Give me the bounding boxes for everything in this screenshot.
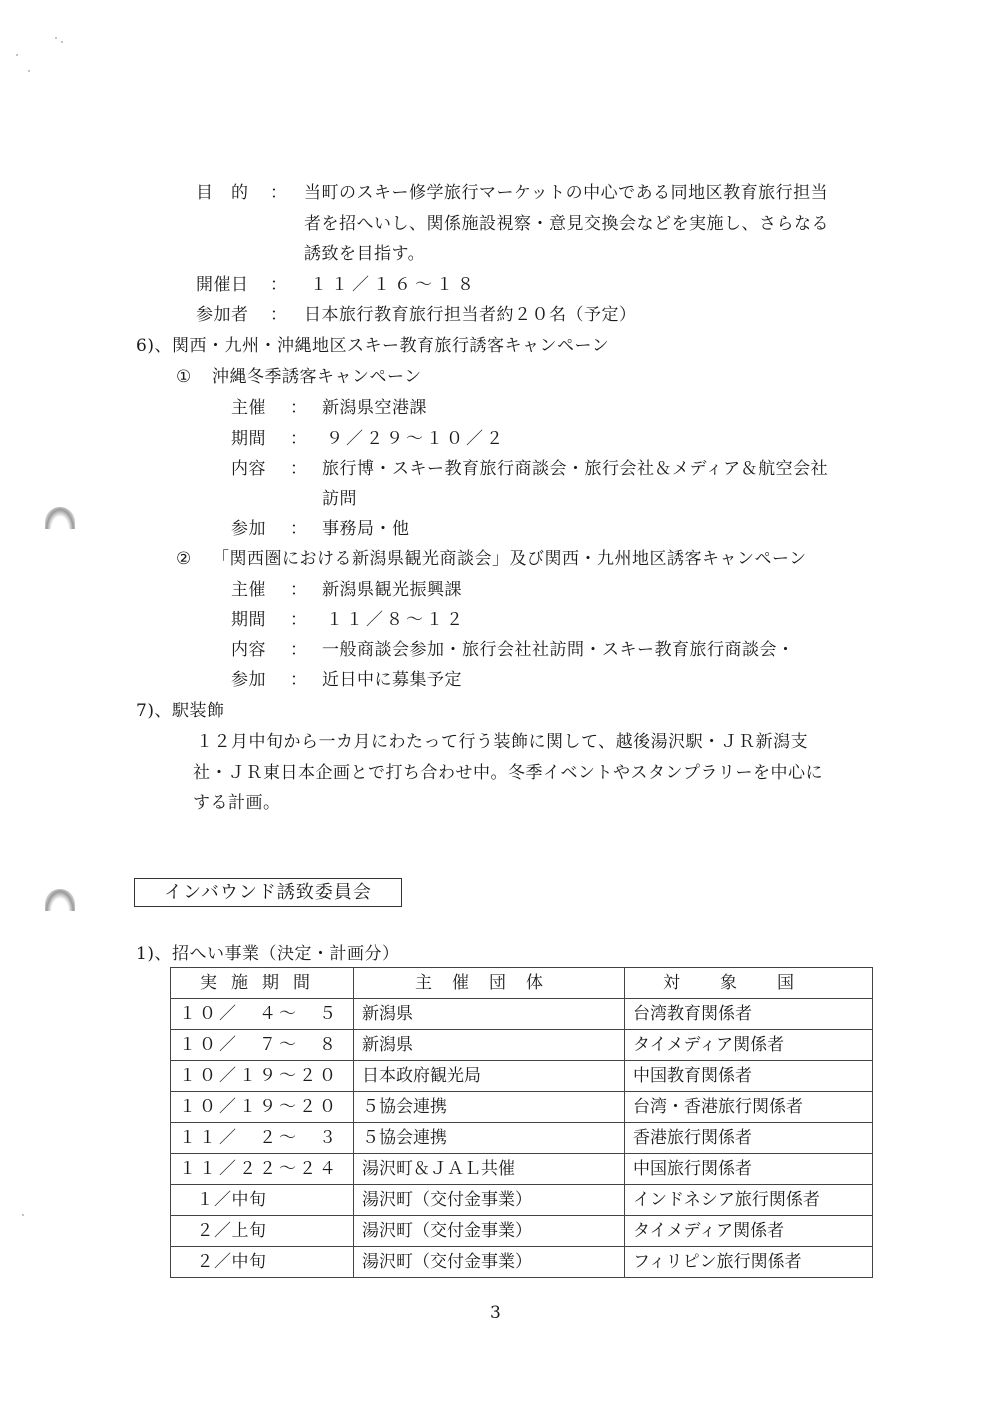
participants-colon: ：	[270, 304, 288, 326]
cell-period: １０／１９～２０	[171, 1092, 354, 1123]
item1-title: 沖縄冬季誘客キャンペーン	[212, 366, 422, 388]
cell-target: 中国旅行関係者	[625, 1154, 873, 1185]
table-row: １１／２２～２４ 湯沢町＆ＪＡＬ共催 中国旅行関係者	[171, 1154, 873, 1185]
table-row: １０／１９～２０ 日本政府観光局 中国教育関係者	[171, 1061, 873, 1092]
cell-target: 中国教育関係者	[625, 1061, 873, 1092]
scan-speck	[16, 54, 18, 56]
punch-hole-icon	[45, 507, 75, 529]
table-row: １／中旬 湯沢町（交付金事業） インドネシア旅行関係者	[171, 1185, 873, 1216]
cell-target: タイメディア関係者	[625, 1216, 873, 1247]
cell-organizer: 湯沢町（交付金事業）	[354, 1247, 625, 1278]
item2-participation-label: 参加	[231, 669, 266, 691]
cell-organizer: ５協会連携	[354, 1123, 625, 1154]
item1-participation-label: 参加	[231, 518, 266, 540]
item1-content-value: 旅行博・スキー教育旅行商談会・旅行会社＆メディア＆航空会社	[322, 458, 828, 480]
header-period: 実施期間	[171, 968, 354, 999]
item2-organizer-label: 主催	[231, 579, 266, 601]
cell-target: 台湾教育関係者	[625, 999, 873, 1030]
date-label: 開催日	[196, 274, 249, 296]
participants-label: 参加者	[196, 304, 249, 326]
item1-content-value-cont: 訪問	[322, 488, 357, 510]
section7-body-line-1: １２月中旬から一カ月にわたって行う装飾に関して、越後湯沢駅・ＪＲ新潟支	[196, 731, 808, 753]
cell-period: １０／１９～２０	[171, 1061, 354, 1092]
cell-period: １／中旬	[171, 1185, 354, 1216]
purpose-label: 目 的	[196, 182, 249, 204]
item1-organizer-value: 新潟県空港課	[322, 397, 427, 419]
item1-period-value: ９／２９～１０／２	[326, 428, 506, 450]
cell-organizer: 湯沢町（交付金事業）	[354, 1216, 625, 1247]
section7-body-line-2: 社・ＪＲ東日本企画とで打ち合わせ中。冬季イベントやスタンプラリーを中心に	[193, 762, 823, 784]
cell-period: １０／ ４～ ５	[171, 999, 354, 1030]
date-colon: ：	[270, 274, 288, 296]
section7-heading: 7)、駅装飾	[136, 700, 224, 722]
scan-speck	[61, 41, 63, 43]
cell-period: １１／２２～２４	[171, 1154, 354, 1185]
cell-period: ２／上旬	[171, 1216, 354, 1247]
cell-organizer: ５協会連携	[354, 1092, 625, 1123]
item2-period-label: 期間	[231, 609, 266, 631]
table-row: １１／ ２～ ３ ５協会連携 香港旅行関係者	[171, 1123, 873, 1154]
item2-marker: ②	[176, 548, 192, 570]
table-row: ２／上旬 湯沢町（交付金事業） タイメディア関係者	[171, 1216, 873, 1247]
table-row: １０／１９～２０ ５協会連携 台湾・香港旅行関係者	[171, 1092, 873, 1123]
item2-content-label: 内容	[231, 639, 266, 661]
item2-period-value: １１／８～１２	[326, 609, 466, 631]
punch-hole-icon	[45, 889, 75, 911]
item2-organizer-value: 新潟県観光振興課	[322, 579, 462, 601]
cell-target: タイメディア関係者	[625, 1030, 873, 1061]
page-number: 3	[490, 1303, 501, 1323]
cell-target: 香港旅行関係者	[625, 1123, 873, 1154]
table-header-row: 実施期間 主催団体 対象国	[171, 968, 873, 999]
committee-title: インバウンド誘致委員会	[164, 882, 372, 903]
item1-period-label: 期間	[231, 428, 266, 450]
cell-organizer: 湯沢町（交付金事業）	[354, 1185, 625, 1216]
scan-speck	[28, 70, 30, 72]
section7-body-line-3: する計画。	[193, 792, 281, 814]
cell-period: １１／ ２～ ３	[171, 1123, 354, 1154]
participants-value: 日本旅行教育旅行担当者約２０名（予定）	[304, 304, 637, 326]
colon: ：	[290, 428, 308, 450]
purpose-row: 目 的	[196, 182, 249, 204]
colon: ：	[290, 609, 308, 631]
cell-target: 台湾・香港旅行関係者	[625, 1092, 873, 1123]
item2-title: 「関西圏における新潟県観光商談会」及び関西・九州地区誘客キャンペーン	[212, 548, 807, 570]
colon: ：	[290, 397, 308, 419]
header-organizer: 主催団体	[354, 968, 625, 999]
purpose-colon: ：	[270, 182, 288, 204]
cell-target: フィリピン旅行関係者	[625, 1247, 873, 1278]
colon: ：	[290, 639, 308, 661]
cell-period: １０／ ７～ ８	[171, 1030, 354, 1061]
inbound-subheading: 1)、招へい事業（決定・計画分）	[136, 943, 399, 965]
scan-speck	[22, 1214, 24, 1216]
cell-organizer: 新潟県	[354, 1030, 625, 1061]
item1-organizer-label: 主催	[231, 397, 266, 419]
committee-title-box: インバウンド誘致委員会	[134, 878, 402, 907]
cell-period: ２／中旬	[171, 1247, 354, 1278]
item2-participation-value: 近日中に募集予定	[322, 669, 462, 691]
colon: ：	[290, 458, 308, 480]
section6-heading: 6)、関西・九州・沖縄地区スキー教育旅行誘客キャンペーン	[136, 335, 609, 357]
purpose-line-2: 者を招へいし、関係施設視察・意見交換会などを実施し、さらなる	[304, 213, 829, 235]
date-value: １１／１６～１８	[310, 274, 478, 296]
colon: ：	[270, 183, 288, 203]
item1-content-label: 内容	[231, 458, 266, 480]
item2-content-value: 一般商談会参加・旅行会社社訪問・スキー教育旅行商談会・	[322, 639, 795, 661]
scan-speck	[55, 37, 57, 39]
item1-participation-value: 事務局・他	[322, 518, 410, 540]
table-row: ２／中旬 湯沢町（交付金事業） フィリピン旅行関係者	[171, 1247, 873, 1278]
colon: ：	[290, 669, 308, 691]
header-target: 対象国	[625, 968, 873, 999]
cell-organizer: 新潟県	[354, 999, 625, 1030]
invitation-table: 実施期間 主催団体 対象国 １０／ ４～ ５ 新潟県 台湾教育関係者 １０／ ７…	[170, 967, 873, 1278]
table-row: １０／ ７～ ８ 新潟県 タイメディア関係者	[171, 1030, 873, 1061]
colon: ：	[290, 518, 308, 540]
table-row: １０／ ４～ ５ 新潟県 台湾教育関係者	[171, 999, 873, 1030]
cell-organizer: 湯沢町＆ＪＡＬ共催	[354, 1154, 625, 1185]
cell-organizer: 日本政府観光局	[354, 1061, 625, 1092]
colon: ：	[290, 579, 308, 601]
item1-marker: ①	[176, 366, 192, 388]
cell-target: インドネシア旅行関係者	[625, 1185, 873, 1216]
purpose-line-3: 誘致を目指す。	[304, 243, 425, 265]
purpose-line-1: 当町のスキー修学旅行マーケットの中心である同地区教育旅行担当	[304, 182, 828, 204]
document-page: 目 的 ： 当町のスキー修学旅行マーケットの中心である同地区教育旅行担当 者を招…	[0, 0, 1000, 1419]
